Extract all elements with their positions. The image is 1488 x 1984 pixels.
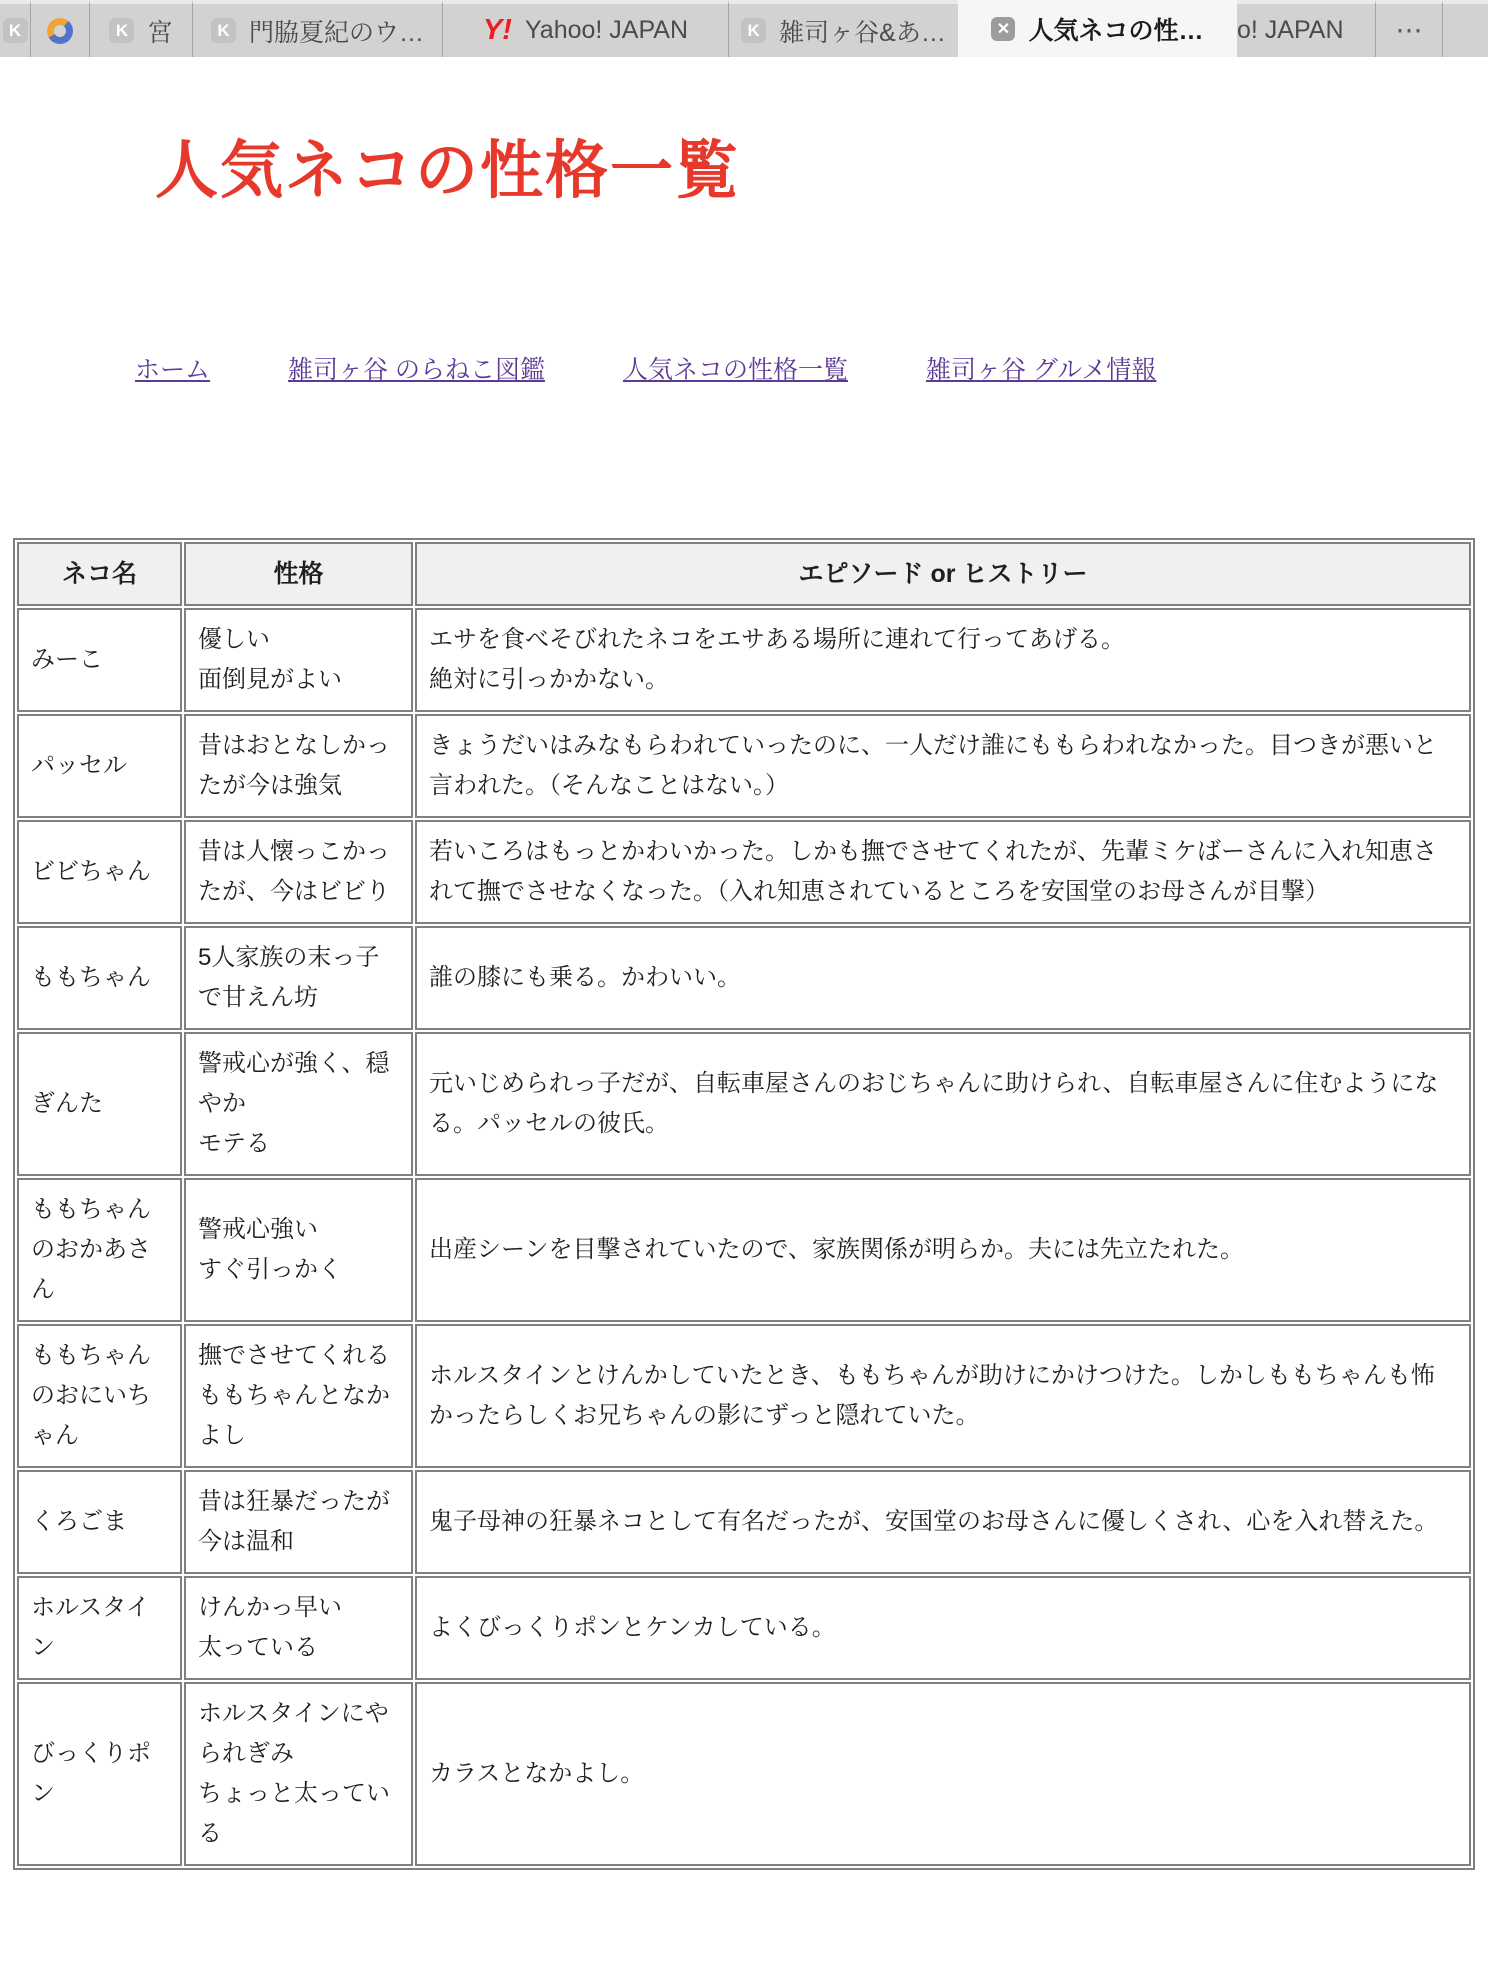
tab-zoshigaya[interactable]: K 雑司ヶ谷&あ… (729, 0, 958, 57)
table-row: ももちゃんのおにいちゃん 撫でさせてくれる ももちゃんとなかよし ホルスタインと… (17, 1324, 1471, 1468)
tab-partial-left[interactable]: K (0, 0, 31, 57)
swirl-logo-icon (47, 18, 73, 44)
tab-title: 雑司ヶ谷&あ… (779, 13, 946, 49)
table-row: ホルスタイン けんかっ早い 太っている よくびっくりポンとケンカしている。 (17, 1576, 1471, 1680)
episode-cell: カラスとなかよし。 (415, 1682, 1471, 1866)
nav-link-seikaku-ichiran[interactable]: 人気ネコの性格一覧 (623, 350, 848, 386)
tab-active-neko-seikaku[interactable]: ✕ 人気ネコの性… (958, 0, 1237, 57)
personality-cell: 5人家族の末っ子で甘えん坊 (184, 926, 413, 1030)
col-header-episode: エピソード or ヒストリー (415, 542, 1471, 606)
episode-cell: ホルスタインとけんかしていたとき、ももちゃんが助けにかけつけた。しかしももちゃん… (415, 1324, 1471, 1468)
personality-cell: けんかっ早い 太っている (184, 1576, 413, 1680)
site-nav: ホーム 雑司ヶ谷 のらねこ図鑑 人気ネコの性格一覧 雑司ヶ谷 グルメ情報 (135, 350, 1488, 386)
col-header-cat-name: ネコ名 (17, 542, 182, 606)
cat-name-cell: びっくりポン (17, 1682, 182, 1866)
tab-yahoo-japan[interactable]: Y! Yahoo! JAPAN (443, 0, 729, 57)
cat-name-cell: ぎんた (17, 1032, 182, 1176)
col-header-personality: 性格 (184, 542, 413, 606)
nav-link-gourmet[interactable]: 雑司ヶ谷 グルメ情報 (926, 350, 1156, 386)
episode-cell: 若いころはもっとかわいかった。しかも撫でさせてくれたが、先輩ミケばーさんに入れ知… (415, 820, 1471, 924)
cat-name-cell: ももちゃんのおにいちゃん (17, 1324, 182, 1468)
tab-title: o! JAPAN (1237, 16, 1344, 45)
page-content: 人気ネコの性格一覧 ホーム 雑司ヶ谷 のらねこ図鑑 人気ネコの性格一覧 雑司ヶ谷… (0, 135, 1488, 1870)
table-header-row: ネコ名 性格 エピソード or ヒストリー (17, 542, 1471, 606)
personality-cell: 警戒心が強く、穏やか モテる (184, 1032, 413, 1176)
personality-cell: 撫でさせてくれる ももちゃんとなかよし (184, 1324, 413, 1468)
table-row: ももちゃんのおかあさん 警戒心強い すぐ引っかく 出産シーンを目撃されていたので… (17, 1178, 1471, 1322)
personality-cell: 昔はおとなしかったが今は強気 (184, 714, 413, 818)
k-badge-icon: K (3, 18, 28, 43)
tab-title: Yahoo! JAPAN (525, 16, 688, 45)
table-row: びっくりポン ホルスタインにやられぎみ ちょっと太っている カラスとなかよし。 (17, 1682, 1471, 1866)
cat-name-cell: くろごま (17, 1470, 182, 1574)
table-row: ももちゃん 5人家族の末っ子で甘えん坊 誰の膝にも乗る。かわいい。 (17, 926, 1471, 1030)
ellipsis-icon: ⋯ (1396, 15, 1423, 46)
episode-cell: 鬼子母神の狂暴ネコとして有名だったが、安国堂のお母さんに優しくされ、心を入れ替え… (415, 1470, 1471, 1574)
episode-cell: きょうだいはみなもらわれていったのに、一人だけ誰にももらわれなかった。目つきが悪… (415, 714, 1471, 818)
cat-name-cell: ビビちゃん (17, 820, 182, 924)
personality-cell: ホルスタインにやられぎみ ちょっと太っている (184, 1682, 413, 1866)
browser-tab-bar: K K 宮 K 門脇夏紀のウ… Y! Yahoo! JAPAN K 雑司ヶ谷&あ… (0, 0, 1488, 57)
personality-cell: 昔は人懐っこかったが、今はビビり (184, 820, 413, 924)
k-badge-icon: K (109, 18, 134, 43)
cat-name-cell: みーこ (17, 608, 182, 712)
table-row: ぎんた 警戒心が強く、穏やか モテる 元いじめられっ子だが、自転車屋さんのおじち… (17, 1032, 1471, 1176)
episode-cell: 誰の膝にも乗る。かわいい。 (415, 926, 1471, 1030)
tab-title: 宮 (147, 13, 172, 49)
cat-name-cell: ももちゃんのおかあさん (17, 1178, 182, 1322)
personality-cell: 警戒心強い すぐ引っかく (184, 1178, 413, 1322)
personality-cell: 昔は狂暴だったが今は温和 (184, 1470, 413, 1574)
k-badge-icon: K (741, 18, 766, 43)
page-title: 人気ネコの性格一覧 (155, 135, 1488, 207)
k-badge-icon: K (211, 18, 236, 43)
tab-title: 門脇夏紀のウ… (249, 13, 424, 49)
episode-cell: エサを食べそびれたネコをエサある場所に連れて行ってあげる。 絶対に引っかかない。 (415, 608, 1471, 712)
tab-partial-right[interactable] (1443, 0, 1488, 57)
tab-yahoo-clipped[interactable]: o! JAPAN (1237, 0, 1376, 57)
cat-personality-table: ネコ名 性格 エピソード or ヒストリー みーこ 優しい 面倒見がよい エサを… (13, 538, 1475, 1870)
close-icon[interactable]: ✕ (991, 17, 1015, 41)
table-row: パッセル 昔はおとなしかったが今は強気 きょうだいはみなもらわれていったのに、一… (17, 714, 1471, 818)
episode-cell: 元いじめられっ子だが、自転車屋さんのおじちゃんに助けられ、自転車屋さんに住むよう… (415, 1032, 1471, 1176)
nav-link-noraneko-zukan[interactable]: 雑司ヶ谷 のらねこ図鑑 (288, 350, 545, 386)
tab-favicon-only[interactable] (31, 0, 90, 57)
cat-name-cell: ももちゃん (17, 926, 182, 1030)
tab-kadowaki[interactable]: K 門脇夏紀のウ… (193, 0, 443, 57)
tab-title: 人気ネコの性… (1028, 11, 1203, 47)
episode-cell: よくびっくりポンとケンカしている。 (415, 1576, 1471, 1680)
personality-cell: 優しい 面倒見がよい (184, 608, 413, 712)
cat-name-cell: ホルスタイン (17, 1576, 182, 1680)
cat-name-cell: パッセル (17, 714, 182, 818)
table-row: みーこ 優しい 面倒見がよい エサを食べそびれたネコをエサある場所に連れて行って… (17, 608, 1471, 712)
table-row: ビビちゃん 昔は人懐っこかったが、今はビビり 若いころはもっとかわいかった。しか… (17, 820, 1471, 924)
yahoo-logo-icon: Y! (483, 14, 512, 47)
table-row: くろごま 昔は狂暴だったが今は温和 鬼子母神の狂暴ネコとして有名だったが、安国堂… (17, 1470, 1471, 1574)
nav-link-home[interactable]: ホーム (135, 350, 210, 386)
tab-miya[interactable]: K 宮 (90, 0, 193, 57)
tab-overflow[interactable]: ⋯ (1376, 0, 1443, 57)
episode-cell: 出産シーンを目撃されていたので、家族関係が明らか。夫には先立たれた。 (415, 1178, 1471, 1322)
